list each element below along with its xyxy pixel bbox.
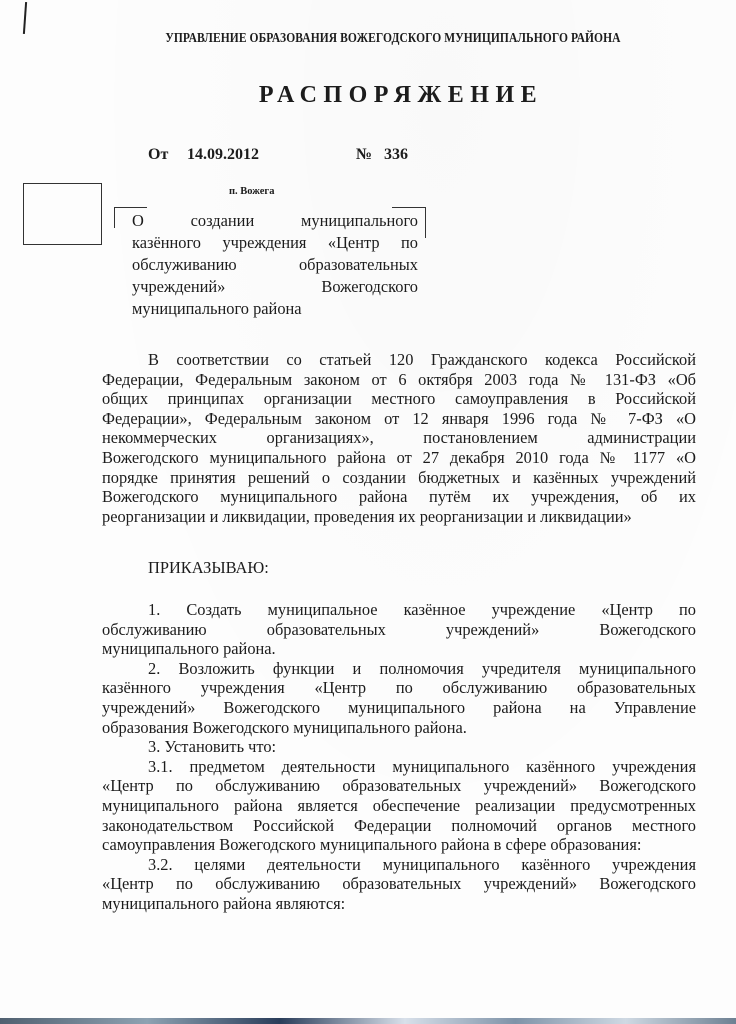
preamble-paragraph: В соответствии со статьей 120 Гражданско… xyxy=(102,350,696,526)
organization-header: УПРАВЛЕНИЕ ОБРАЗОВАНИЯ ВОЖЕГОДСКОГО МУНИ… xyxy=(52,30,685,46)
text-line: Федерации, Федеральным законом от 6 октя… xyxy=(102,370,696,390)
clause-line: «Центр по обслуживанию образовательных у… xyxy=(102,776,696,796)
text-line: Вожегодского муниципального района путём… xyxy=(102,487,696,507)
subject-line: О создании муниципального xyxy=(132,210,418,232)
text-line: общих принципах организации местного сам… xyxy=(102,389,696,409)
text-line: реорганизации и ликвидации, проведения и… xyxy=(102,507,696,527)
clause-line: 2. Возложить функции и полномочия учреди… xyxy=(102,659,696,679)
clause-line: образования Вожегодского муниципального … xyxy=(102,718,696,738)
scan-bottom-edge xyxy=(0,1018,736,1024)
subject-line: обслуживанию образовательных xyxy=(132,254,418,276)
clause-line: учреждений» Вожегодского муниципального … xyxy=(102,698,696,718)
text-line: порядке принятия решений о создании бюдж… xyxy=(102,468,696,488)
document-type-title: РАСПОРЯЖЕНИЕ xyxy=(0,82,736,109)
order-word: ПРИКАЗЫВАЮ: xyxy=(148,558,269,578)
document-subject: О создании муниципального казённого учре… xyxy=(132,210,418,320)
subject-line: учреждений» Вожегодского xyxy=(132,276,418,298)
clause-line: муниципального района является обеспечен… xyxy=(102,796,696,816)
place-of-issue: п. Вожега xyxy=(0,186,736,197)
clause-line: самоуправления Вожегодского муниципально… xyxy=(102,835,696,855)
clause-line: 3. Установить что: xyxy=(102,737,696,757)
text-line: Федерации», Федеральным законом от 12 ян… xyxy=(102,409,696,429)
text-line: некоммерческих организациях», постановле… xyxy=(102,428,696,448)
clause-line: муниципального района. xyxy=(102,639,696,659)
order-clauses: 1. Создать муниципальное казённое учрежд… xyxy=(102,600,696,914)
subject-line: муниципального района xyxy=(132,298,418,320)
clause-line: 1. Создать муниципальное казённое учрежд… xyxy=(102,600,696,620)
date-value: 14.09.2012 xyxy=(187,146,307,164)
clause-line: казённого учреждения «Центр по обслужива… xyxy=(102,678,696,698)
number-label: № xyxy=(356,146,386,164)
clause-line: обслуживанию образовательных учреждений»… xyxy=(102,620,696,640)
text-line: Вожегодского муниципального района от 27… xyxy=(102,448,696,468)
clause-line: 3.2. целями деятельности муниципального … xyxy=(102,855,696,875)
number-value: 336 xyxy=(384,146,444,164)
clause-line: 3.1. предметом деятельности муниципально… xyxy=(102,757,696,777)
clause-line: муниципального района являются: xyxy=(102,894,696,914)
clause-line: законодательством Российской Федерации п… xyxy=(102,816,696,836)
clause-line: «Центр по обслуживанию образовательных у… xyxy=(102,874,696,894)
subject-line: казённого учреждения «Центр по xyxy=(132,232,418,254)
text-line: В соответствии со статьей 120 Гражданско… xyxy=(102,350,696,370)
stamp-placeholder-box xyxy=(23,183,102,245)
